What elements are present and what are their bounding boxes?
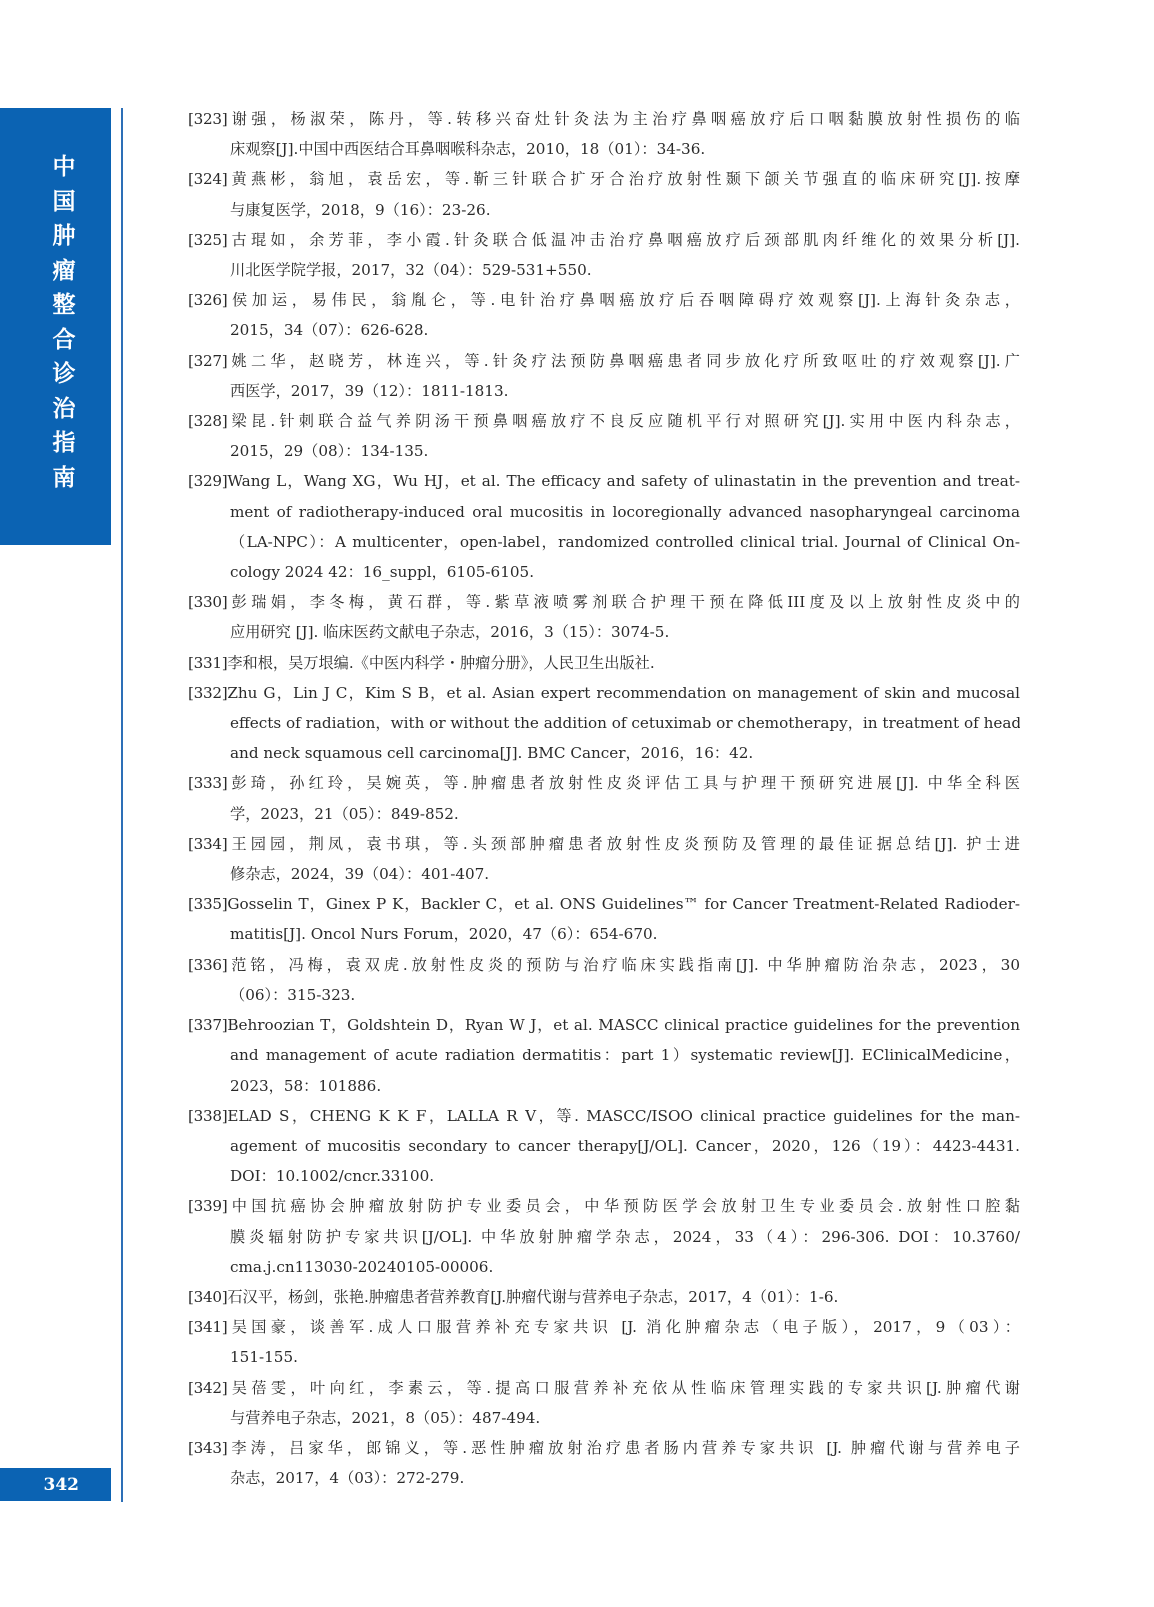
page-number: 342 xyxy=(44,1475,80,1495)
reference-text: 与康复医学，2018，9（16）：23-26. xyxy=(230,201,491,219)
title-char: 诊 xyxy=(53,357,76,392)
reference-text: 中国抗癌协会肿瘤放射防护专业委员会，中华预防医学会放射卫生专业委员会.放射性口腔… xyxy=(227,1197,1020,1215)
title-char: 中 xyxy=(53,150,76,185)
reference-item: [335]Gosselin T，Ginex P K，Backler C，et a… xyxy=(188,889,1020,949)
reference-item: [341]吴国豪，谈善军.成人口服营养补充专家共识 [J. 消化肿瘤杂志（电子版… xyxy=(188,1312,1020,1372)
reference-first-line: [328]梁昆.针刺联合益气养阴汤干预鼻咽癌放疗不良反应随机平行对照研究[J].… xyxy=(188,406,1020,436)
reference-continuation-line: agement of mucositis secondary to cancer… xyxy=(188,1131,1020,1161)
reference-first-line: [341]吴国豪，谈善军.成人口服营养补充专家共识 [J. 消化肿瘤杂志（电子版… xyxy=(188,1312,1020,1342)
reference-item: [330]彭瑞娟，李冬梅，黄石群，等.紫草液喷雾剂联合护理干预在降低III度及以… xyxy=(188,587,1020,647)
reference-number: [326] xyxy=(188,291,227,309)
reference-text: 2015，34（07）：626-628. xyxy=(230,321,428,339)
reference-text: 学，2023，21（05）：849-852. xyxy=(230,805,459,823)
reference-text: 谢强，杨淑荣，陈丹，等.转移兴奋灶针灸法为主治疗鼻咽癌放疗后口咽黏膜放射性损伤的… xyxy=(227,110,1020,128)
reference-text: matitis[J]. Oncol Nurs Forum，2020，47（6）：… xyxy=(230,925,658,943)
reference-continuation-line: 修杂志，2024，39（04）：401-407. xyxy=(188,859,1020,889)
reference-text: 修杂志，2024，39（04）：401-407. xyxy=(230,865,489,883)
reference-first-line: [326]侯加运，易伟民，翁胤仑，等.电针治疗鼻咽癌放疗后吞咽障碍疗效观察[J]… xyxy=(188,285,1020,315)
reference-text: 彭瑞娟，李冬梅，黄石群，等.紫草液喷雾剂联合护理干预在降低III度及以上放射性皮… xyxy=(227,593,1020,611)
reference-text: 彭琦，孙红玲，吴婉英，等.肿瘤患者放射性皮炎评估工具与护理干预研究进展[J]. … xyxy=(227,774,1020,792)
reference-item: [337]Behroozian T，Goldshtein D，Ryan W J，… xyxy=(188,1010,1020,1101)
reference-item: [325]古琨如，余芳菲，李小霞.针灸联合低温冲击治疗鼻咽癌放疗后颈部肌肉纤维化… xyxy=(188,225,1020,285)
reference-list: [323]谢强，杨淑荣，陈丹，等.转移兴奋灶针灸法为主治疗鼻咽癌放疗后口咽黏膜放… xyxy=(188,104,1020,1493)
reference-text: cma.j.cn113030-20240105-00006. xyxy=(230,1258,493,1276)
reference-item: [329]Wang L，Wang XG，Wu HJ，et al. The eff… xyxy=(188,466,1020,587)
reference-first-line: [332]Zhu G，Lin J C，Kim S B，et al. Asian … xyxy=(188,678,1020,708)
reference-item: [324]黄燕彬，翁旭，袁岳宏，等.靳三针联合扩牙合治疗放射性颞下颌关节强直的临… xyxy=(188,164,1020,224)
reference-item: [328]梁昆.针刺联合益气养阴汤干预鼻咽癌放疗不良反应随机平行对照研究[J].… xyxy=(188,406,1020,466)
reference-continuation-line: cma.j.cn113030-20240105-00006. xyxy=(188,1252,1020,1282)
reference-first-line: [337]Behroozian T，Goldshtein D，Ryan W J，… xyxy=(188,1010,1020,1040)
book-title-vertical: 中国肿瘤整合诊治指南 xyxy=(0,150,128,495)
reference-continuation-line: ment of radiotherapy-induced oral mucosi… xyxy=(188,497,1020,527)
reference-number: [327] xyxy=(188,352,227,370)
reference-text: ELAD S，CHENG K K F，LALLA R V，等. MASCC/IS… xyxy=(227,1107,1020,1125)
title-char: 整 xyxy=(53,288,76,323)
reference-number: [329] xyxy=(188,472,227,490)
reference-number: [343] xyxy=(188,1439,227,1457)
title-char: 治 xyxy=(53,392,76,427)
reference-first-line: [333]彭琦，孙红玲，吴婉英，等.肿瘤患者放射性皮炎评估工具与护理干预研究进展… xyxy=(188,768,1020,798)
margin-rule xyxy=(121,108,123,1502)
reference-item: [332]Zhu G，Lin J C，Kim S B，et al. Asian … xyxy=(188,678,1020,769)
reference-first-line: [340]石汉平，杨剑，张艳.肿瘤患者营养教育[J.肿瘤代谢与营养电子杂志，20… xyxy=(188,1282,1020,1312)
reference-continuation-line: 2015，34（07）：626-628. xyxy=(188,315,1020,345)
reference-item: [339]中国抗癌协会肿瘤放射防护专业委员会，中华预防医学会放射卫生专业委员会.… xyxy=(188,1191,1020,1282)
reference-text: DOI：10.1002/cncr.33100. xyxy=(230,1167,434,1185)
reference-continuation-line: 与康复医学，2018，9（16）：23-26. xyxy=(188,195,1020,225)
reference-item: [340]石汉平，杨剑，张艳.肿瘤患者营养教育[J.肿瘤代谢与营养电子杂志，20… xyxy=(188,1282,1020,1312)
reference-text: 侯加运，易伟民，翁胤仑，等.电针治疗鼻咽癌放疗后吞咽障碍疗效观察[J].上海针灸… xyxy=(227,291,1020,309)
reference-continuation-line: 川北医学院学报，2017，32（04）：529-531+550. xyxy=(188,255,1020,285)
reference-text: Wang L，Wang XG，Wu HJ，et al. The efficacy… xyxy=(227,472,1020,490)
reference-text: 151-155. xyxy=(230,1348,298,1366)
reference-first-line: [338]ELAD S，CHENG K K F，LALLA R V，等. MAS… xyxy=(188,1101,1020,1131)
reference-text: 床观察[J].中国中西医结合耳鼻咽喉科杂志，2010，18（01）：34-36. xyxy=(230,140,705,158)
reference-number: [331] xyxy=(188,654,227,672)
title-char: 国 xyxy=(53,185,76,220)
reference-continuation-line: DOI：10.1002/cncr.33100. xyxy=(188,1161,1020,1191)
reference-number: [332] xyxy=(188,684,227,702)
reference-text: 应用研究 [J]. 临床医药文献电子杂志，2016，3（15）：3074-5. xyxy=(230,623,669,641)
reference-number: [336] xyxy=(188,956,227,974)
reference-item: [334]王园园，荆凤，袁书琪，等.头颈部肿瘤患者放射性皮炎预防及管理的最佳证据… xyxy=(188,829,1020,889)
reference-continuation-line: matitis[J]. Oncol Nurs Forum，2020，47（6）：… xyxy=(188,919,1020,949)
reference-text: 吴蓓雯，叶向红，李素云，等.提高口服营养补充依从性临床管理实践的专家共识[J.肿… xyxy=(227,1379,1020,1397)
reference-first-line: [327]姚二华，赵晓芳，林连兴，等.针灸疗法预防鼻咽癌患者同步放化疗所致呕吐的… xyxy=(188,346,1020,376)
reference-first-line: [323]谢强，杨淑荣，陈丹，等.转移兴奋灶针灸法为主治疗鼻咽癌放疗后口咽黏膜放… xyxy=(188,104,1020,134)
reference-continuation-line: （LA-NPC）：A multicenter，open-label，random… xyxy=(188,527,1020,557)
reference-item: [327]姚二华，赵晓芳，林连兴，等.针灸疗法预防鼻咽癌患者同步放化疗所致呕吐的… xyxy=(188,346,1020,406)
reference-number: [325] xyxy=(188,231,227,249)
reference-number: [340] xyxy=(188,1288,227,1306)
reference-item: [323]谢强，杨淑荣，陈丹，等.转移兴奋灶针灸法为主治疗鼻咽癌放疗后口咽黏膜放… xyxy=(188,104,1020,164)
reference-first-line: [343]李涛，吕家华，郎锦义，等.恶性肿瘤放射治疗患者肠内营养专家共识 [J.… xyxy=(188,1433,1020,1463)
title-char: 合 xyxy=(53,323,76,358)
reference-continuation-line: 2015，29（08）：134-135. xyxy=(188,436,1020,466)
reference-number: [342] xyxy=(188,1379,227,1397)
reference-number: [334] xyxy=(188,835,227,853)
title-char: 指 xyxy=(53,426,76,461)
reference-continuation-line: 西医学，2017，39（12）：1811-1813. xyxy=(188,376,1020,406)
reference-text: 范铭，冯梅，袁双虎.放射性皮炎的预防与治疗临床实践指南[J]. 中华肿瘤防治杂志… xyxy=(227,956,1020,974)
reference-text: effects of radiation，with or without the… xyxy=(230,714,1020,732)
reference-first-line: [331]李和根，吴万垠编.《中医内科学・肿瘤分册》，人民卫生出版社. xyxy=(188,648,1020,678)
reference-item: [338]ELAD S，CHENG K K F，LALLA R V，等. MAS… xyxy=(188,1101,1020,1192)
reference-number: [323] xyxy=(188,110,227,128)
reference-continuation-line: effects of radiation，with or without the… xyxy=(188,708,1020,738)
reference-text: 与营养电子杂志，2021，8（05）：487-494. xyxy=(230,1409,540,1427)
reference-first-line: [336]范铭，冯梅，袁双虎.放射性皮炎的预防与治疗临床实践指南[J]. 中华肿… xyxy=(188,950,1020,980)
reference-continuation-line: cology 2024 42：16_suppl，6105-6105. xyxy=(188,557,1020,587)
title-char: 肿 xyxy=(53,219,76,254)
reference-item: [331]李和根，吴万垠编.《中医内科学・肿瘤分册》，人民卫生出版社. xyxy=(188,648,1020,678)
reference-text: 古琨如，余芳菲，李小霞.针灸联合低温冲击治疗鼻咽癌放疗后颈部肌肉纤维化的效果分析… xyxy=(227,231,1020,249)
reference-first-line: [334]王园园，荆凤，袁书琪，等.头颈部肿瘤患者放射性皮炎预防及管理的最佳证据… xyxy=(188,829,1020,859)
reference-text: 2015，29（08）：134-135. xyxy=(230,442,428,460)
reference-continuation-line: 膜炎辐射防护专家共识[J/OL]. 中华放射肿瘤学杂志，2024，33（4）：2… xyxy=(188,1222,1020,1252)
reference-text: Gosselin T，Ginex P K，Backler C，et al. ON… xyxy=(227,895,1020,913)
reference-text: 王园园，荆凤，袁书琪，等.头颈部肿瘤患者放射性皮炎预防及管理的最佳证据总结[J]… xyxy=(227,835,1020,853)
reference-first-line: [324]黄燕彬，翁旭，袁岳宏，等.靳三针联合扩牙合治疗放射性颞下颌关节强直的临… xyxy=(188,164,1020,194)
reference-continuation-line: 学，2023，21（05）：849-852. xyxy=(188,799,1020,829)
reference-continuation-line: 应用研究 [J]. 临床医药文献电子杂志，2016，3（15）：3074-5. xyxy=(188,617,1020,647)
reference-item: [342]吴蓓雯，叶向红，李素云，等.提高口服营养补充依从性临床管理实践的专家共… xyxy=(188,1373,1020,1433)
reference-text: （06）：315-323. xyxy=(230,986,355,1004)
reference-text: 膜炎辐射防护专家共识[J/OL]. 中华放射肿瘤学杂志，2024，33（4）：2… xyxy=(230,1228,1020,1246)
reference-text: agement of mucositis secondary to cancer… xyxy=(230,1137,1020,1155)
reference-continuation-line: 151-155. xyxy=(188,1342,1020,1372)
reference-text: 川北医学院学报，2017，32（04）：529-531+550. xyxy=(230,261,592,279)
reference-first-line: [325]古琨如，余芳菲，李小霞.针灸联合低温冲击治疗鼻咽癌放疗后颈部肌肉纤维化… xyxy=(188,225,1020,255)
reference-text: （LA-NPC）：A multicenter，open-label，random… xyxy=(230,533,1020,551)
reference-continuation-line: （06）：315-323. xyxy=(188,980,1020,1010)
reference-text: ment of radiotherapy-induced oral mucosi… xyxy=(230,503,1020,521)
reference-continuation-line: 2023，58：101886. xyxy=(188,1071,1020,1101)
reference-text: 梁昆.针刺联合益气养阴汤干预鼻咽癌放疗不良反应随机平行对照研究[J].实用中医内… xyxy=(227,412,1020,430)
reference-text: 李涛，吕家华，郎锦义，等.恶性肿瘤放射治疗患者肠内营养专家共识 [J. 肿瘤代谢… xyxy=(227,1439,1020,1457)
reference-item: [333]彭琦，孙红玲，吴婉英，等.肿瘤患者放射性皮炎评估工具与护理干预研究进展… xyxy=(188,768,1020,828)
reference-first-line: [329]Wang L，Wang XG，Wu HJ，et al. The eff… xyxy=(188,466,1020,496)
reference-text: 吴国豪，谈善军.成人口服营养补充专家共识 [J. 消化肿瘤杂志（电子版），201… xyxy=(227,1318,1020,1336)
reference-first-line: [330]彭瑞娟，李冬梅，黄石群，等.紫草液喷雾剂联合护理干预在降低III度及以… xyxy=(188,587,1020,617)
reference-number: [341] xyxy=(188,1318,227,1336)
title-char: 瘤 xyxy=(53,254,76,289)
reference-number: [338] xyxy=(188,1107,227,1125)
reference-continuation-line: 与营养电子杂志，2021，8（05）：487-494. xyxy=(188,1403,1020,1433)
reference-text: 2023，58：101886. xyxy=(230,1077,381,1095)
reference-continuation-line: 床观察[J].中国中西医结合耳鼻咽喉科杂志，2010，18（01）：34-36. xyxy=(188,134,1020,164)
reference-text: 黄燕彬，翁旭，袁岳宏，等.靳三针联合扩牙合治疗放射性颞下颌关节强直的临床研究[J… xyxy=(227,170,1020,188)
reference-number: [328] xyxy=(188,412,227,430)
reference-text: 杂志，2017，4（03）：272-279. xyxy=(230,1469,464,1487)
reference-continuation-line: and neck squamous cell carcinoma[J]. BMC… xyxy=(188,738,1020,768)
reference-text: cology 2024 42：16_suppl，6105-6105. xyxy=(230,563,534,581)
reference-text: and management of acute radiation dermat… xyxy=(230,1046,1020,1064)
reference-first-line: [342]吴蓓雯，叶向红，李素云，等.提高口服营养补充依从性临床管理实践的专家共… xyxy=(188,1373,1020,1403)
reference-item: [343]李涛，吕家华，郎锦义，等.恶性肿瘤放射治疗患者肠内营养专家共识 [J.… xyxy=(188,1433,1020,1493)
side-banner: 中国肿瘤整合诊治指南 xyxy=(0,108,111,545)
reference-first-line: [339]中国抗癌协会肿瘤放射防护专业委员会，中华预防医学会放射卫生专业委员会.… xyxy=(188,1191,1020,1221)
reference-number: [330] xyxy=(188,593,227,611)
reference-number: [339] xyxy=(188,1197,227,1215)
reference-number: [324] xyxy=(188,170,227,188)
reference-number: [337] xyxy=(188,1016,227,1034)
reference-text: and neck squamous cell carcinoma[J]. BMC… xyxy=(230,744,753,762)
reference-continuation-line: and management of acute radiation dermat… xyxy=(188,1040,1020,1070)
reference-text: 西医学，2017，39（12）：1811-1813. xyxy=(230,382,508,400)
title-char: 南 xyxy=(53,461,76,496)
reference-text: 姚二华，赵晓芳，林连兴，等.针灸疗法预防鼻咽癌患者同步放化疗所致呕吐的疗效观察[… xyxy=(227,352,1020,370)
reference-text: Zhu G，Lin J C，Kim S B，et al. Asian exper… xyxy=(227,684,1020,702)
reference-number: [335] xyxy=(188,895,227,913)
reference-first-line: [335]Gosselin T，Ginex P K，Backler C，et a… xyxy=(188,889,1020,919)
reference-continuation-line: 杂志，2017，4（03）：272-279. xyxy=(188,1463,1020,1493)
reference-text: Behroozian T，Goldshtein D，Ryan W J，et al… xyxy=(227,1016,1020,1034)
reference-text: 石汉平，杨剑，张艳.肿瘤患者营养教育[J.肿瘤代谢与营养电子杂志，2017，4（… xyxy=(227,1288,838,1306)
reference-item: [326]侯加运，易伟民，翁胤仑，等.电针治疗鼻咽癌放疗后吞咽障碍疗效观察[J]… xyxy=(188,285,1020,345)
reference-number: [333] xyxy=(188,774,227,792)
reference-item: [336]范铭，冯梅，袁双虎.放射性皮炎的预防与治疗临床实践指南[J]. 中华肿… xyxy=(188,950,1020,1010)
page-number-box: 342 xyxy=(0,1468,111,1501)
reference-text: 李和根，吴万垠编.《中医内科学・肿瘤分册》，人民卫生出版社. xyxy=(227,654,654,672)
